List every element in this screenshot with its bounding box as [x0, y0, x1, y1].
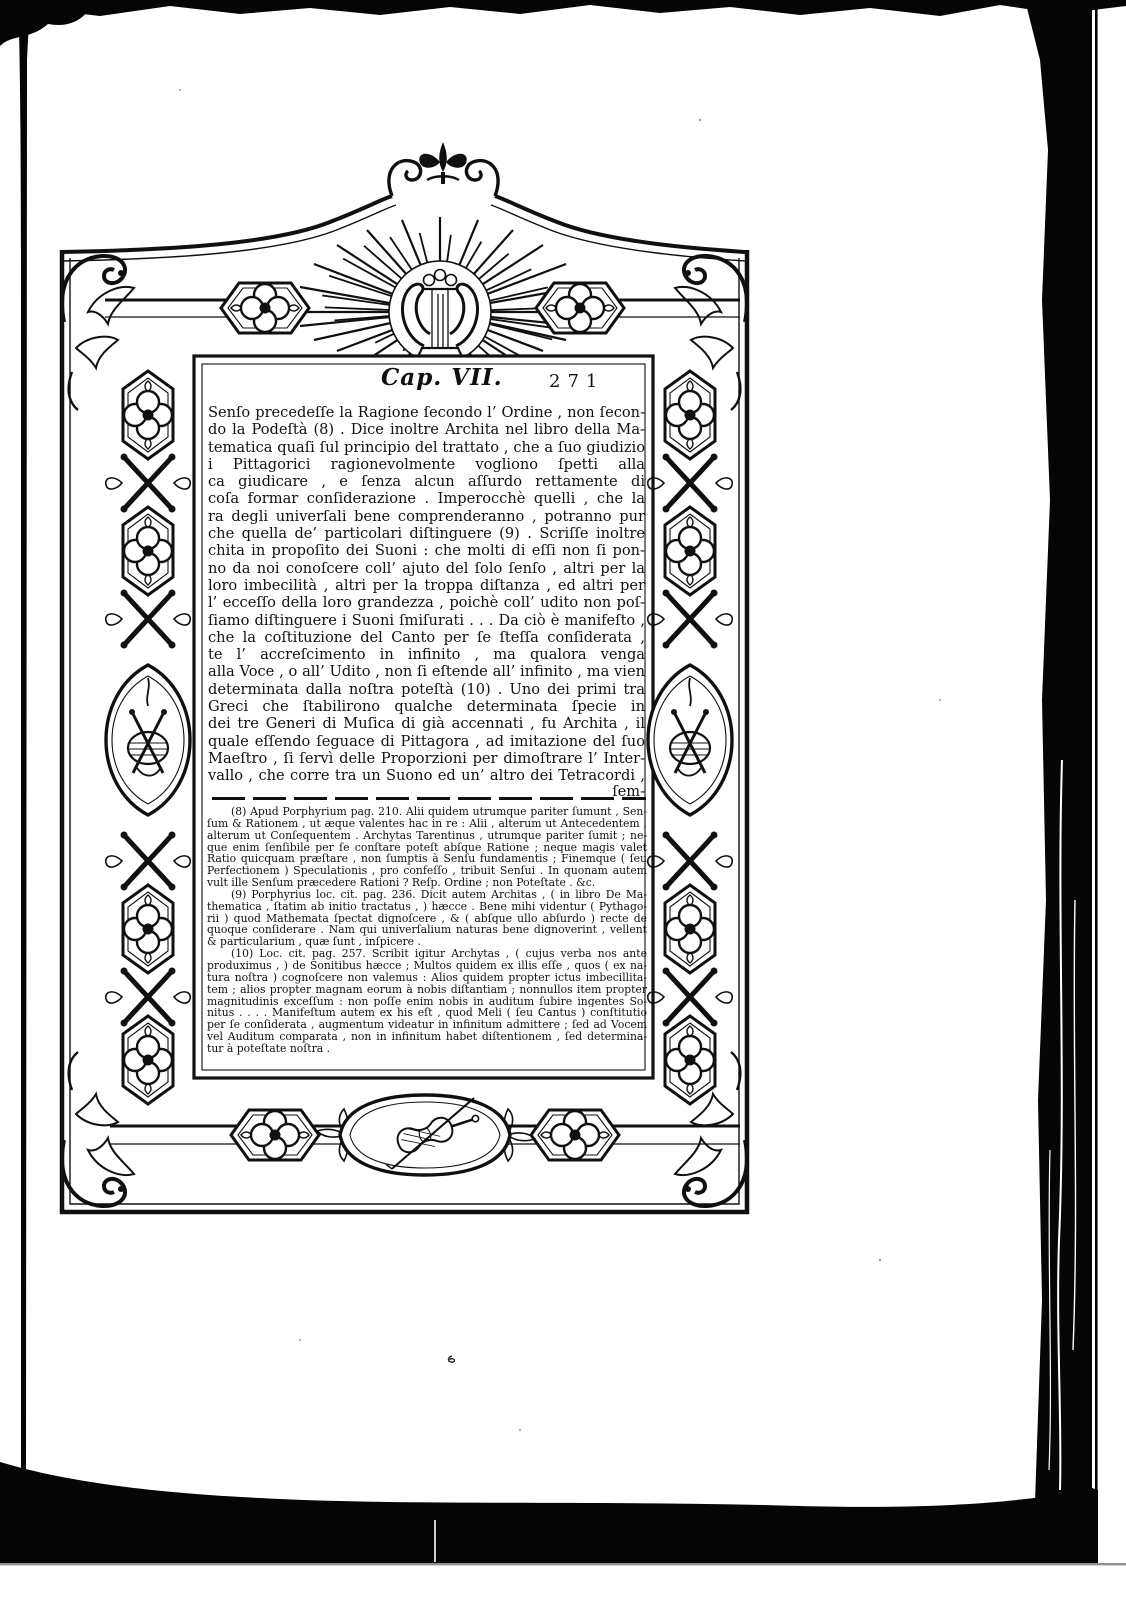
- body-line: alla Voce , o all’ Udito , non ſi eſtend…: [208, 663, 645, 680]
- footnote-line: vult ille Senſum præcedere Rationi ? Reſ…: [207, 877, 647, 889]
- crest-gable: [62, 161, 745, 261]
- ribbon-knot-icon: [648, 832, 733, 891]
- footnote-rule: [212, 797, 646, 800]
- scan-gutter-line: [18, 0, 31, 1480]
- rosette-icon: [231, 1110, 319, 1160]
- body-line: l’ ecceſſo della loro grandezza , poichè…: [208, 594, 645, 611]
- body-line: chita in propoſito dei Suoni : che molti…: [208, 542, 645, 559]
- footnote-line: (9) Porphyrius loc. cit. pag. 236. Dicit…: [207, 889, 647, 901]
- body-text: Senſo precedeſſe la Ragione ſecondo l’ O…: [208, 404, 645, 785]
- ribbon-knot-icon: [106, 832, 191, 891]
- rosette-icon: [123, 507, 173, 595]
- body-line: che la coſtituzione del Canto per ſe ſte…: [208, 629, 645, 646]
- rosette-icon: [665, 885, 715, 973]
- body-line: determinata dalla noſtra poteſtà (10) . …: [208, 681, 645, 698]
- body-line: ra degli univerſali bene comprenderanno …: [208, 508, 645, 525]
- body-line: te l’ accreſcimento in infinito , ma qua…: [208, 646, 645, 663]
- body-line: i Pittagorici ragionevolmente vogliono ſ…: [208, 456, 645, 473]
- ribbon-knot-icon: [648, 590, 733, 649]
- body-line: quale eſſendo ſeguace di Pittagora , ad …: [208, 733, 645, 750]
- footnote-line: tur à poteſtate noſtra .: [207, 1043, 647, 1055]
- footnote-line: (8) Apud Porphyrium pag. 210. Alii quide…: [207, 806, 647, 818]
- lyre-icon: [389, 261, 491, 364]
- footnote-line: (10) Loc. cit. pag. 257. Scribit igitur …: [207, 948, 647, 960]
- body-line: Senſo precedeſſe la Ragione ſecondo l’ O…: [208, 404, 645, 421]
- page-number: 271: [549, 371, 604, 392]
- footnote-line: Ratio quicquam præſtare , non ſumptis à …: [207, 853, 647, 865]
- footnote-line: alterum ut Conſequentem . Archytas Taren…: [207, 830, 647, 842]
- ribbon-knot-icon: [106, 590, 191, 649]
- footnote-line: rii ) quod Mathemata ſpectat dignoſcere …: [207, 913, 647, 925]
- rosette-icon: [665, 507, 715, 595]
- scan-edge-right: [1025, 0, 1092, 1520]
- body-line: ſiamo diſtinguere i Suoni ſmiſurati . . …: [208, 612, 645, 629]
- footnote-line: quoque conſiderare . Nam qui univerſaliu…: [207, 924, 647, 936]
- rosette-icon: [123, 371, 173, 459]
- body-line: vallo , che corre tra un Suono ed un’ al…: [208, 767, 645, 784]
- body-line: no da noi conoſcere coll’ ajuto del ſolo…: [208, 560, 645, 577]
- body-line: dei tre Generi di Muſica di già accennat…: [208, 715, 645, 732]
- violin-and-bow-icon: [340, 1095, 510, 1175]
- footnote-line: tem ; alios propter magnam eorum à nobis…: [207, 984, 647, 996]
- chapter-heading: Cap. VII.: [381, 364, 503, 391]
- footnote-line: thematica , ſtatim ab initio tractatus ,…: [207, 901, 647, 913]
- footnote-line: ſum & Rationem , ut æque valentes hac in…: [207, 818, 647, 830]
- body-line: tematica quaſi ſul principio del trattat…: [208, 439, 645, 456]
- body-line: coſa formar conſiderazione . Imperocchè …: [208, 490, 645, 507]
- footnote-line: vel Auditum comparata , non in infinitum…: [207, 1031, 647, 1043]
- scan-edge-bottom: [0, 1462, 1098, 1563]
- ribbon-knot-icon: [648, 454, 733, 513]
- footnote-line: magnitudinis exceſſum : non poſſe enim n…: [207, 996, 647, 1008]
- drum-and-sticks-icon: [648, 665, 732, 815]
- rosette-icon: [123, 885, 173, 973]
- footnote-line: tura noſtra ) cognoſcere non valemus : A…: [207, 972, 647, 984]
- body-line: do la Podeſtà (8) . Dice inoltre Archita…: [208, 421, 645, 438]
- ribbon-knot-icon: [106, 454, 191, 513]
- bottom-ornament-band: [110, 1095, 740, 1175]
- footnote-line: & particularium , quæ ſunt , inſpicere .: [207, 936, 647, 948]
- footnote-line: Perfectionem ) Speculationis , pro confe…: [207, 865, 647, 877]
- body-line: Greci che ſtabilirono qualche determinat…: [208, 698, 645, 715]
- footnote-line: produximus , ) de Sonitibus hæcce ; Mult…: [207, 960, 647, 972]
- rosette-icon: [531, 1110, 619, 1160]
- right-ornament-band: [648, 371, 733, 1104]
- footnote-line: per ſe conſiderata , augmentum videatur …: [207, 1019, 647, 1031]
- rosette-icon: [221, 283, 309, 333]
- left-ornament-band: [106, 371, 191, 1104]
- rosette-icon: [665, 371, 715, 459]
- ink-speck: [448, 1356, 454, 1362]
- acanthus-scroll-icon: [62, 256, 134, 410]
- scan-edge-left: [0, 0, 95, 46]
- body-line: ca giudicare , e ſenza alcun aſſurdo ret…: [208, 473, 645, 490]
- drum-and-sticks-icon: [106, 665, 190, 815]
- footnotes: (8) Apud Porphyrium pag. 210. Alii quide…: [207, 806, 647, 1055]
- body-line: Maeſtro , ſi ſervì delle Proporzioni per…: [208, 750, 645, 767]
- body-line: loro imbecilità , altri per la troppa di…: [208, 577, 645, 594]
- fleur-de-lis-icon: [419, 142, 466, 184]
- footnote-line: que enim ſenſibile per ſe conſtare poteſ…: [207, 842, 647, 854]
- rosette-icon: [536, 283, 624, 333]
- footnote-line: nitus . . . . Manifeſtum autem ex his eſ…: [207, 1007, 647, 1019]
- scan-edge-top: [0, 0, 1126, 20]
- rosette-icon: [123, 1016, 173, 1104]
- rosette-icon: [665, 1016, 715, 1104]
- book-page-scan: Cap. VII. 271 Senſo precedeſſe la Ragion…: [0, 0, 1126, 1600]
- body-line: che quella de’ particolari diſtinguere (…: [208, 525, 645, 542]
